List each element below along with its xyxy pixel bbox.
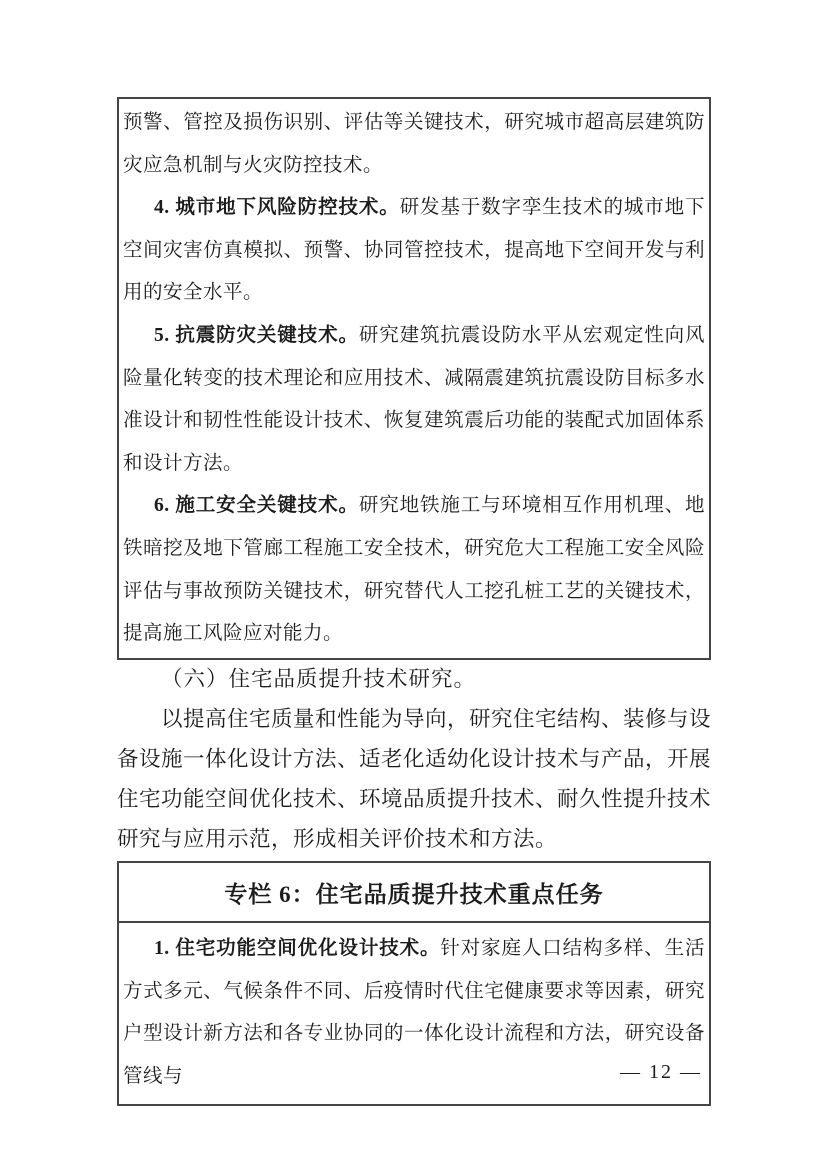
section-paragraph: 以提高住宅质量和性能为导向，研究住宅结构、装修与设备设施一体化设计方法、适老化适…: [117, 699, 711, 859]
paragraph-text: 预警、管控及损伤识别、评估等关键技术，研究城市超高层建筑防灾应急机制与火灾防控技…: [123, 112, 705, 176]
paragraph-text: 研究建筑抗震设防水平从宏观定性向风险量化转变的技术理论和应用技术、减隔震建筑抗震…: [123, 325, 705, 474]
column6-box-title: 专栏 6：住宅品质提升技术重点任务: [224, 882, 603, 907]
box-paragraph-item6: 6. 施工安全关键技术。研究地铁施工与环境相互作用机理、地铁暗挖及地下管廊工程施…: [123, 485, 705, 655]
section-heading: （六）住宅品质提升技术研究。: [117, 659, 711, 699]
paragraph-lead: 6. 施工安全关键技术。: [154, 495, 359, 516]
key-tasks-box-top: 预警、管控及损伤识别、评估等关键技术，研究城市超高层建筑防灾应急机制与火灾防控技…: [117, 97, 711, 660]
document-page: 预警、管控及损伤识别、评估等关键技术，研究城市超高层建筑防灾应急机制与火灾防控技…: [0, 0, 827, 1170]
paragraph-text: 研究地铁施工与环境相互作用机理、地铁暗挖及地下管廊工程施工安全技术，研究危大工程…: [123, 495, 705, 644]
paragraph-lead: 5. 抗震防灾关键技术。: [154, 325, 359, 346]
box-paragraph-item4: 4. 城市地下风险防控技术。研发基于数字孪生技术的城市地下空间灾害仿真模拟、预警…: [123, 187, 705, 315]
page-number: — 12 —: [620, 1058, 702, 1086]
section-six: （六）住宅品质提升技术研究。 以提高住宅质量和性能为导向，研究住宅结构、装修与设…: [117, 659, 711, 859]
paragraph-text: 针对家庭人口结构多样、生活方式多元、气候条件不同、后疫情时代住宅健康要求等因素，…: [123, 938, 705, 1087]
box-paragraph-item1: 1. 住宅功能空间优化设计技术。针对家庭人口结构多样、生活方式多元、气候条件不同…: [123, 928, 705, 1098]
paragraph-lead: 4. 城市地下风险防控技术。: [154, 197, 400, 218]
box-paragraph-continuation: 预警、管控及损伤识别、评估等关键技术，研究城市超高层建筑防灾应急机制与火灾防控技…: [123, 102, 705, 187]
paragraph-lead: 1. 住宅功能空间优化设计技术。: [154, 938, 440, 959]
box-paragraph-item5: 5. 抗震防灾关键技术。研究建筑抗震设防水平从宏观定性向风险量化转变的技术理论和…: [123, 315, 705, 485]
column6-box-header: 专栏 6：住宅品质提升技术重点任务: [119, 863, 709, 923]
